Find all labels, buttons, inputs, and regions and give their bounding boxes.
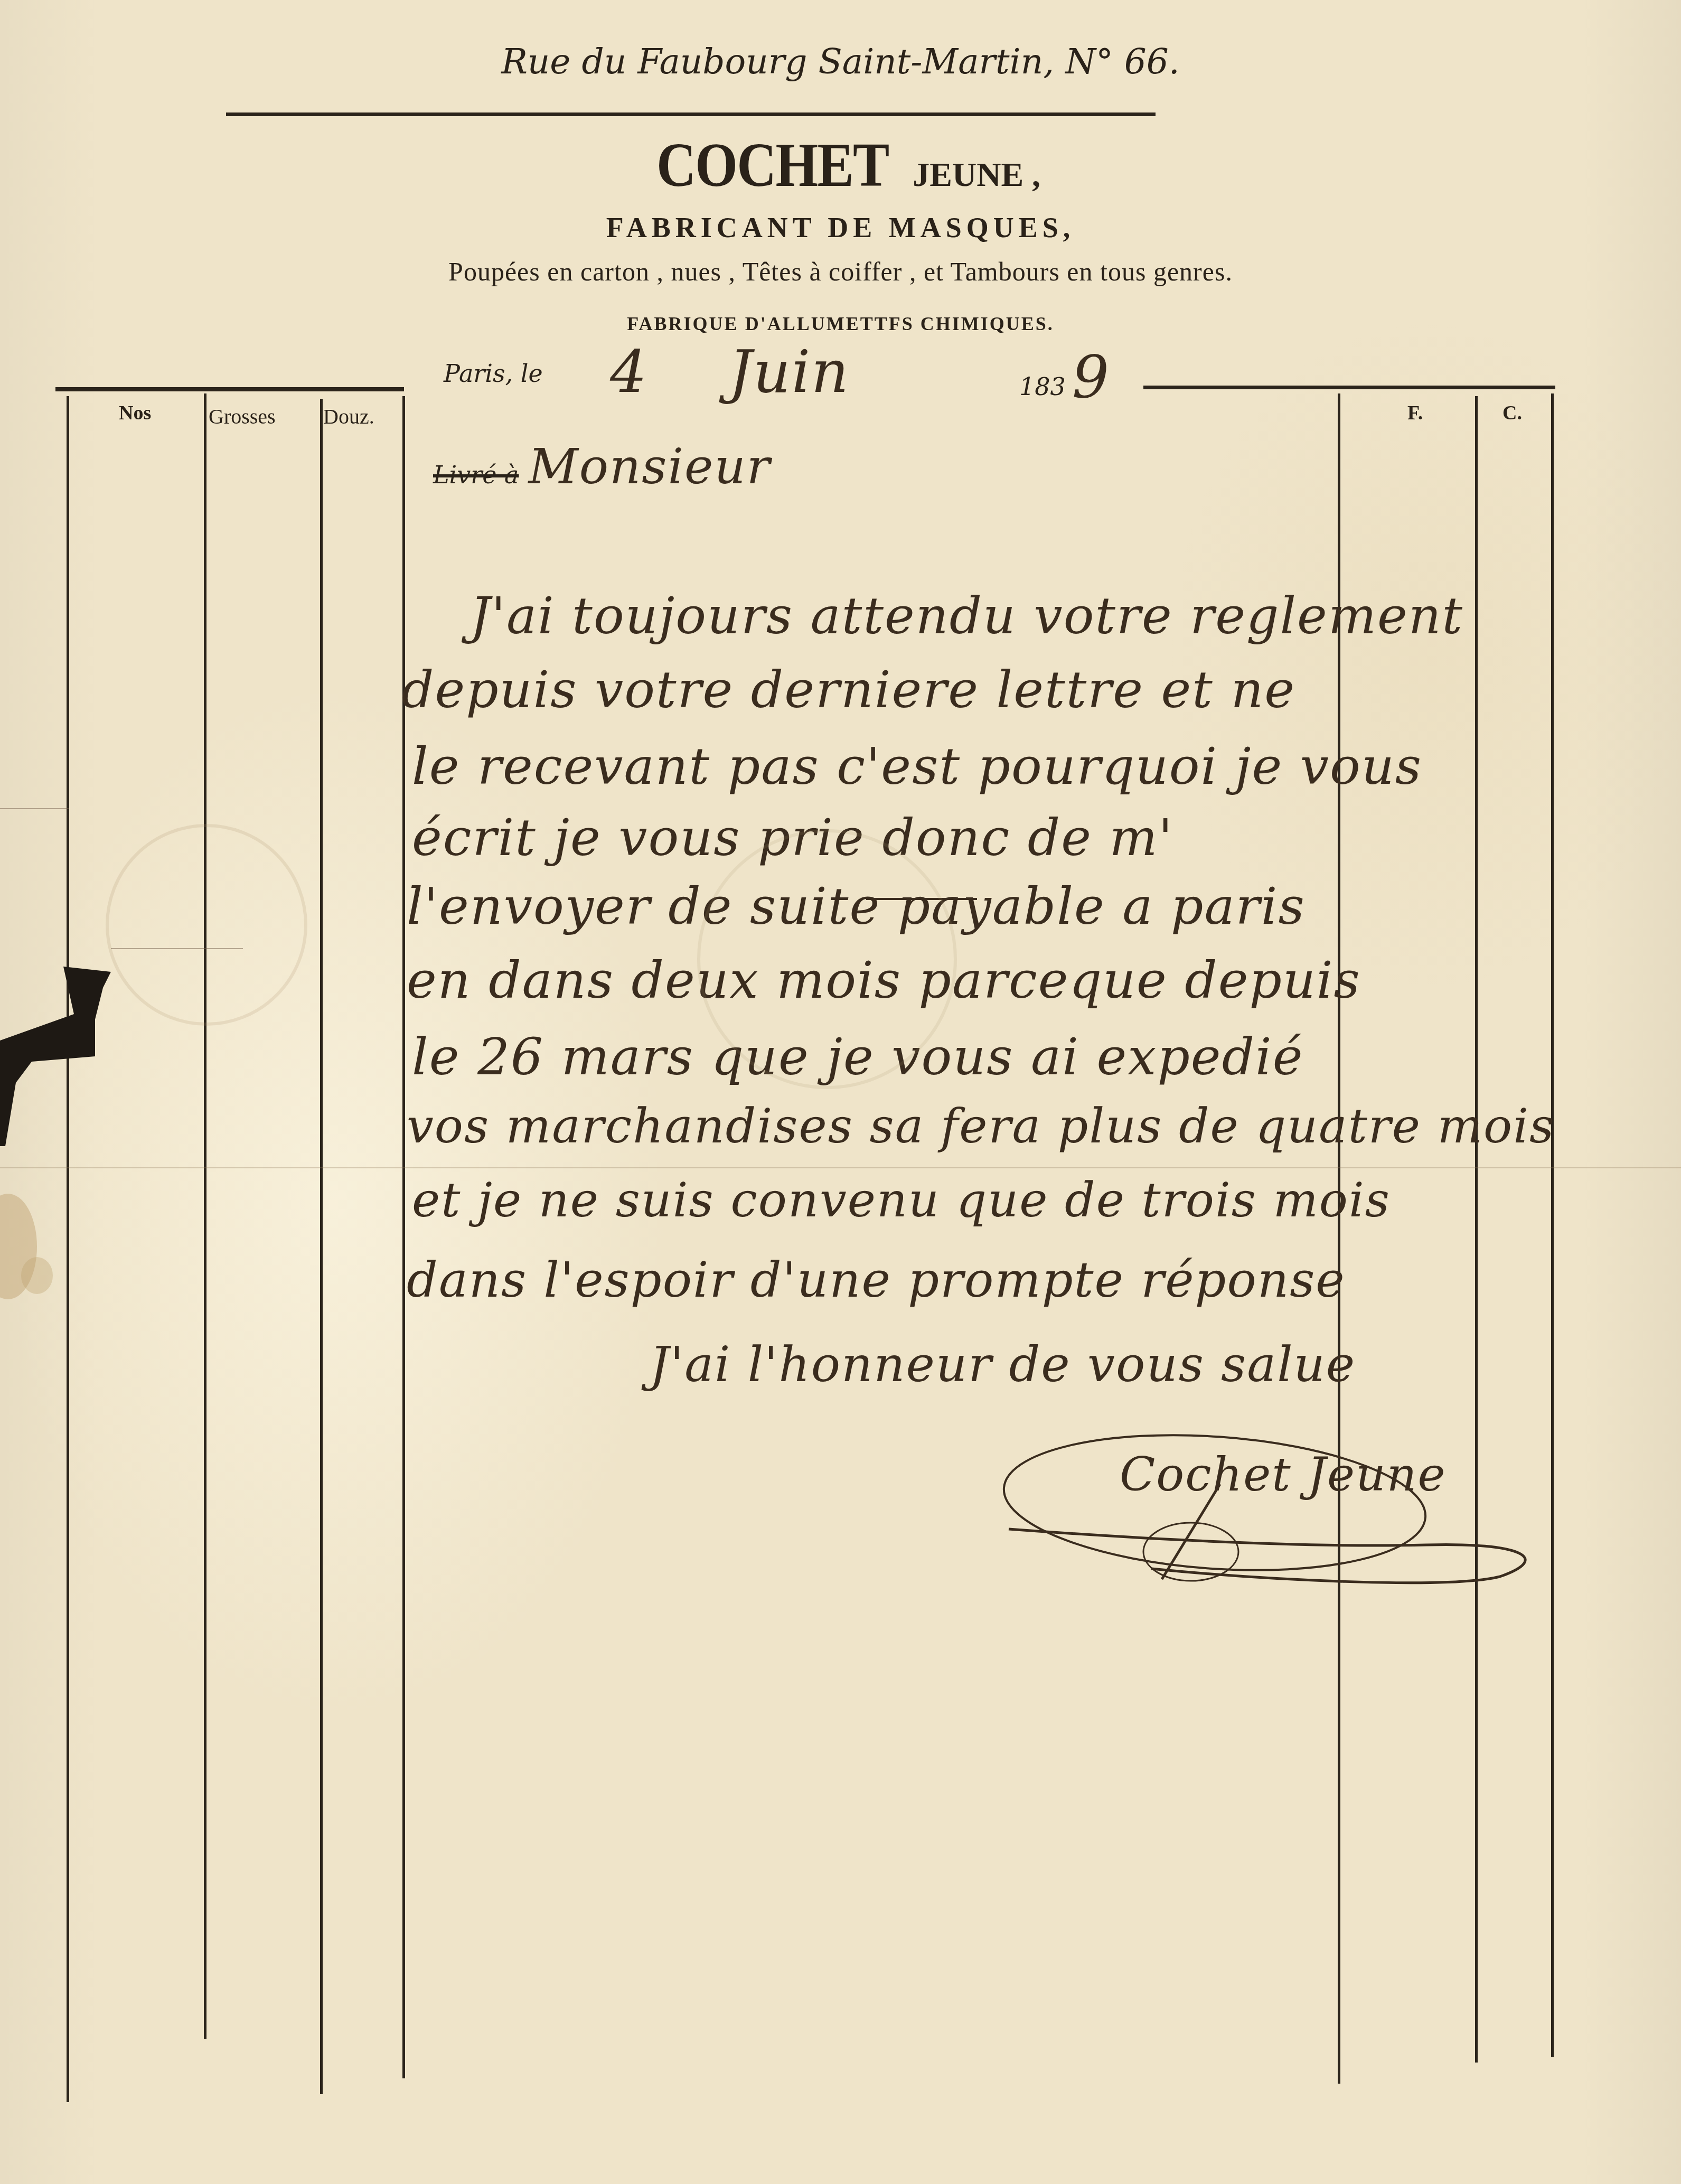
body-line-9: et je ne suis convenu que de trois mois xyxy=(412,1173,1391,1228)
body-line-2: depuis votre derniere lettre et ne xyxy=(401,660,1295,719)
salutation: Livré à Monsieur xyxy=(433,438,771,495)
products-line: Poupées en carton , nues , Têtes à coiff… xyxy=(0,256,1681,287)
date-year-printed: 183 xyxy=(1019,372,1066,401)
company-heading: COCHET JEUNE , xyxy=(0,129,1681,201)
signature-block: Cochet Jeune xyxy=(993,1416,1584,1585)
date-day: 4 xyxy=(610,338,648,406)
postmark-ghost xyxy=(697,829,957,1089)
factory-line: FABRIQUE D'ALLUMETTFS CHIMIQUES. xyxy=(0,313,1681,335)
fold-crease xyxy=(0,808,69,809)
column-header-grosses: Grosses xyxy=(209,404,276,429)
column-rule-2 xyxy=(204,393,206,2039)
trade-line: FABRICANT DE MASQUES, xyxy=(0,211,1681,244)
salutation-printed-struck: Livré à xyxy=(433,461,519,489)
column-header-f: F. xyxy=(1407,401,1423,425)
column-header-douz: Douz. xyxy=(323,404,374,429)
company-suffix: JEUNE , xyxy=(913,156,1040,193)
letterhead-address: Rue du Faubourg Saint-Martin, N° 66. xyxy=(0,41,1681,82)
signature-name: Cochet Jeune xyxy=(1120,1447,1446,1502)
letterhead-divider xyxy=(226,113,1156,116)
column-rule-6 xyxy=(1475,396,1478,2063)
water-stain xyxy=(21,1257,53,1294)
fold-crease xyxy=(0,1167,1681,1168)
closing-line: J'ai l'honneur de vous salue xyxy=(650,1336,1356,1393)
column-rule-3 xyxy=(320,399,323,2094)
column-header-nos: Nos xyxy=(119,401,151,425)
column-rule-4 xyxy=(402,396,405,2078)
date-month: Juin xyxy=(729,338,850,406)
body-line-8: vos marchandises sa fera plus de quatre … xyxy=(407,1099,1555,1154)
fold-crease xyxy=(111,948,243,949)
column-rule-7 xyxy=(1551,393,1554,2057)
postmark-ghost xyxy=(106,824,307,1026)
right-columns-top-rule xyxy=(1143,386,1555,389)
date-year-handwritten: 9 xyxy=(1072,343,1110,411)
body-line-10: dans l'espoir d'une prompte réponse xyxy=(407,1252,1346,1308)
column-rule-5 xyxy=(1338,393,1340,2084)
left-columns-top-rule xyxy=(55,387,404,391)
column-header-c: C. xyxy=(1502,401,1522,425)
salutation-handwritten: Monsieur xyxy=(529,438,771,495)
date-prefix: Paris, le xyxy=(444,359,543,388)
torn-hole-icon xyxy=(0,924,121,1151)
company-name: COCHET xyxy=(656,129,888,201)
body-line-1: J'ai toujours attendu votre reglement xyxy=(470,586,1463,645)
body-line-3: le recevant pas c'est pourquoi je vous xyxy=(412,737,1422,796)
column-rule-1 xyxy=(67,396,69,2102)
